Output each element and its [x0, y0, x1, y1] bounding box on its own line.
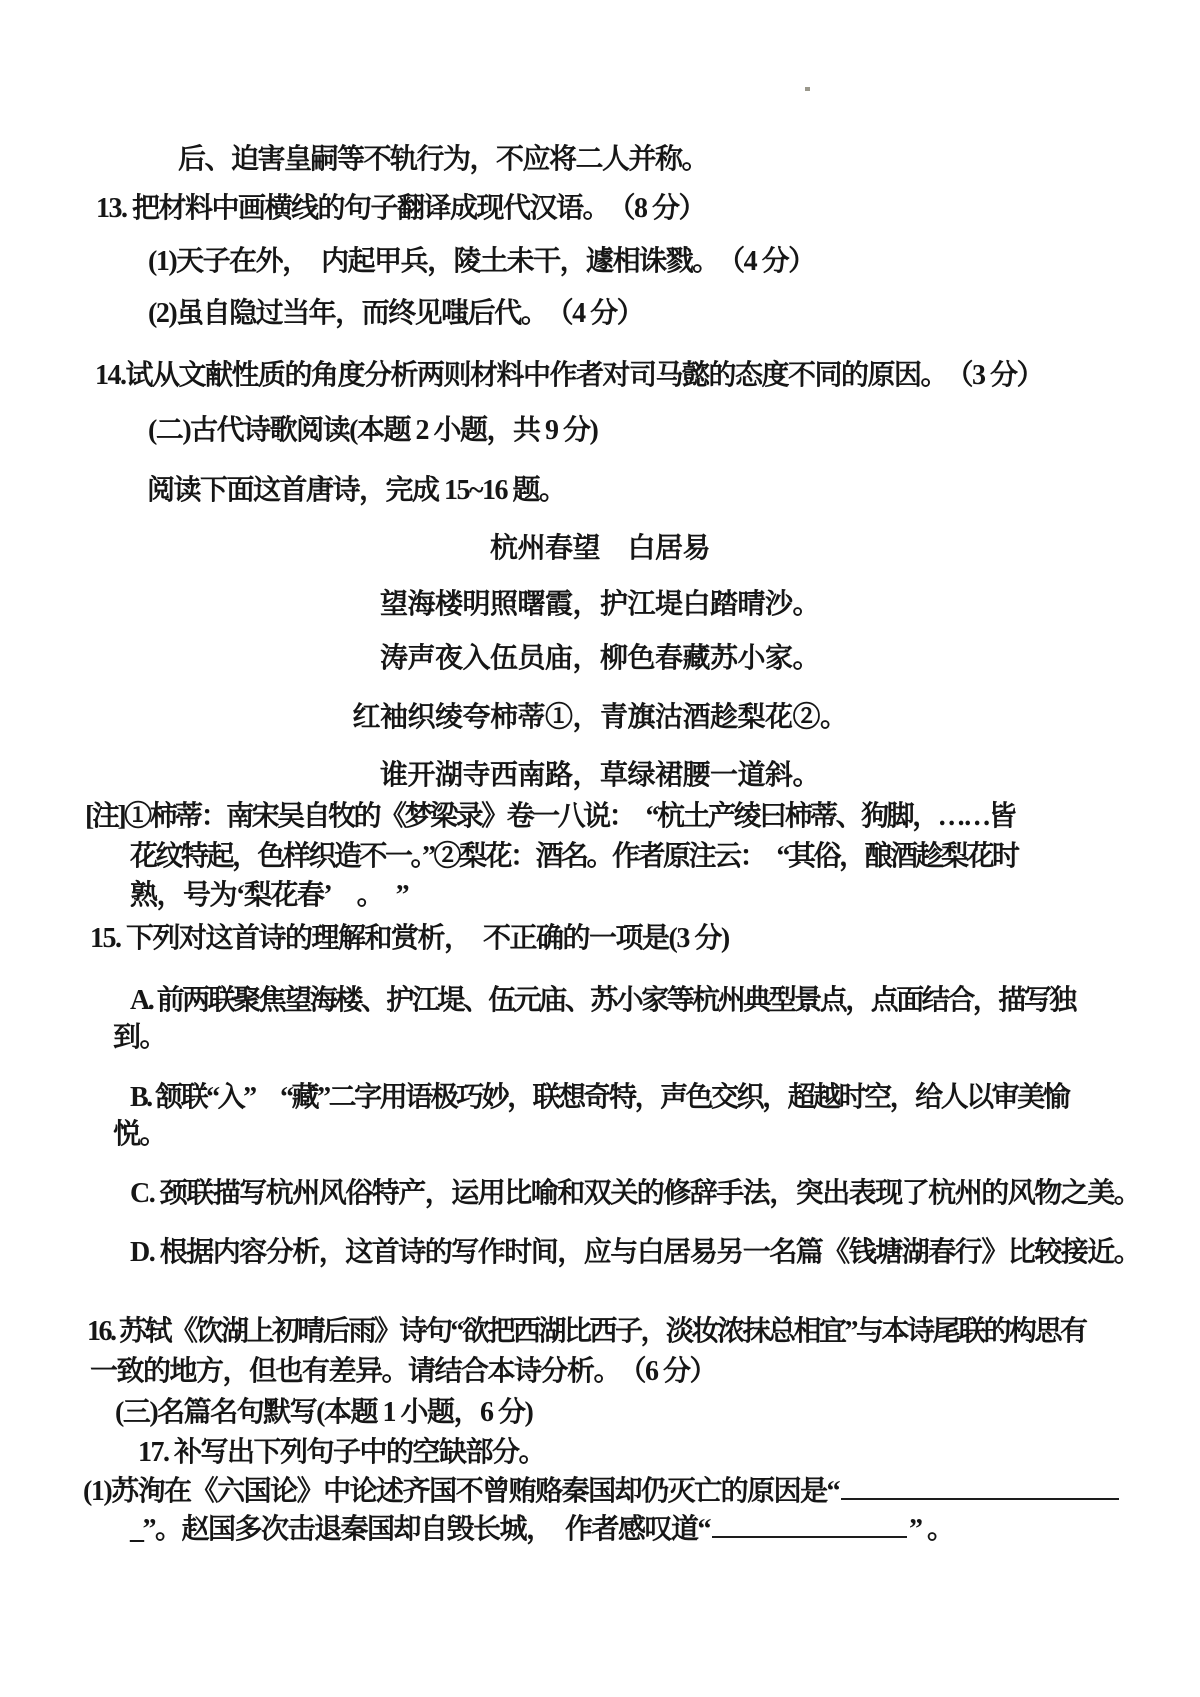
exam-page: 后、迫害皇嗣等不轨行为，不应将二人并称。 13. 把材料中画横线的句子翻译成现代…	[0, 0, 1200, 1697]
poem-note-line-3: 熟，号为‘梨花春’ 。 ”	[130, 881, 408, 911]
q17-stem: 17. 补写出下列句子中的空缺部分。	[138, 1438, 545, 1468]
section-2-heading: (二)古代诗歌阅读(本题 2 小题，共 9 分)	[148, 416, 597, 446]
poem-line-3: 红袖织绫夸柿蒂①，青旗沽酒趁梨花②。	[0, 703, 1200, 733]
q17-item1-prefix: (1)苏洵在《六国论》中论述齐国不曾贿赂秦国却仍灭亡的原因是“	[83, 1476, 839, 1507]
q15-stem: 15. 下列对这首诗的理解和赏析， 不正确的一项是(3 分)	[90, 924, 729, 954]
poem-title: 杭州春望 白居易	[0, 534, 1200, 564]
q14-stem: 14.试从文献性质的角度分析两则材料中作者对司马懿的态度不同的原因。 （3 分）	[95, 361, 1043, 391]
answer-blank-2	[712, 1524, 907, 1538]
poem-line-4: 谁开湖寺西南路，草绿裙腰一道斜。	[0, 761, 1200, 791]
q15-option-b-line2: 悦。	[113, 1120, 166, 1150]
q17-item1-cont-suffix: ” 。	[909, 1514, 954, 1545]
q16-stem-line1: 16. 苏轼《饮湖上初晴后雨》诗句“欲把西湖比西子，淡妆浓抹总相宜”与本诗尾联的…	[87, 1317, 1086, 1347]
section-3-heading: (三)名篇名句默写(本题 1 小题，6 分)	[115, 1398, 532, 1428]
poem-note-line-2: 花纹特起，色样织造不一。”②梨花：酒名。作者原注云： “其俗，酿酒趁梨花时	[130, 842, 1018, 872]
poem-intro: 阅读下面这首唐诗，完成 15~16 题。	[147, 476, 566, 506]
q17-item1-line1: (1)苏洵在《六国论》中论述齐国不曾贿赂秦国却仍灭亡的原因是“	[83, 1477, 1121, 1507]
scan-artifact-dot	[805, 87, 810, 91]
q15-option-a-line1: A. 前两联聚焦望海楼、护江堤、伍元庙、苏小家等杭州典型景点，点面结合，描写独	[130, 986, 1075, 1016]
q15-option-d: D. 根据内容分析，这首诗的写作时间，应与白居易另一名篇《钱塘湖春行》比较接近。	[130, 1238, 1140, 1268]
q15-option-a-line2: 到。	[113, 1023, 166, 1053]
q17-item1-cont-prefix: _”。赵国多次击退秦国却自毁长城， 作者感叹道“	[130, 1514, 710, 1545]
poem-line-2: 涛声夜入伍员庙，柳色春藏苏小家。	[0, 644, 1200, 674]
poem-note-line-1: [注]①柿蒂：南宋吴自牧的《梦梁录》卷一八说： “杭土产绫曰柿蒂、狗脚，……皆	[85, 802, 1014, 832]
answer-blank-1	[841, 1486, 1119, 1500]
q13-stem: 13. 把材料中画横线的句子翻译成现代汉语。 （8 分）	[96, 194, 705, 224]
q15-option-b-line1: B. 颔联“入” “藏”二字用语极巧妙，联想奇特，声色交织，超越时空，给人以审美…	[130, 1083, 1068, 1113]
q15-option-c: C. 颈联描写杭州风俗特产，运用比喻和双关的修辞手法，突出表现了杭州的风物之美。	[130, 1179, 1140, 1209]
q13-sub-item-2: (2)虽自隐过当年，而终见嗤后代。 （4 分）	[148, 299, 643, 329]
q12-continuation-text: 后、迫害皇嗣等不轨行为，不应将二人并称。	[178, 145, 708, 175]
poem-line-1: 望海楼明照曙霞，护江堤白踏晴沙。	[0, 590, 1200, 620]
q16-stem-line2: 一致的地方，但也有差异。请结合本诗分析。 （6 分）	[90, 1357, 716, 1387]
q17-item1-line2: _”。赵国多次击退秦国却自毁长城， 作者感叹道“” 。	[130, 1515, 954, 1545]
q13-sub-item-1: (1)天子在外， 内起甲兵，陵土未干，遽相诛戮。 （4 分）	[148, 247, 815, 277]
